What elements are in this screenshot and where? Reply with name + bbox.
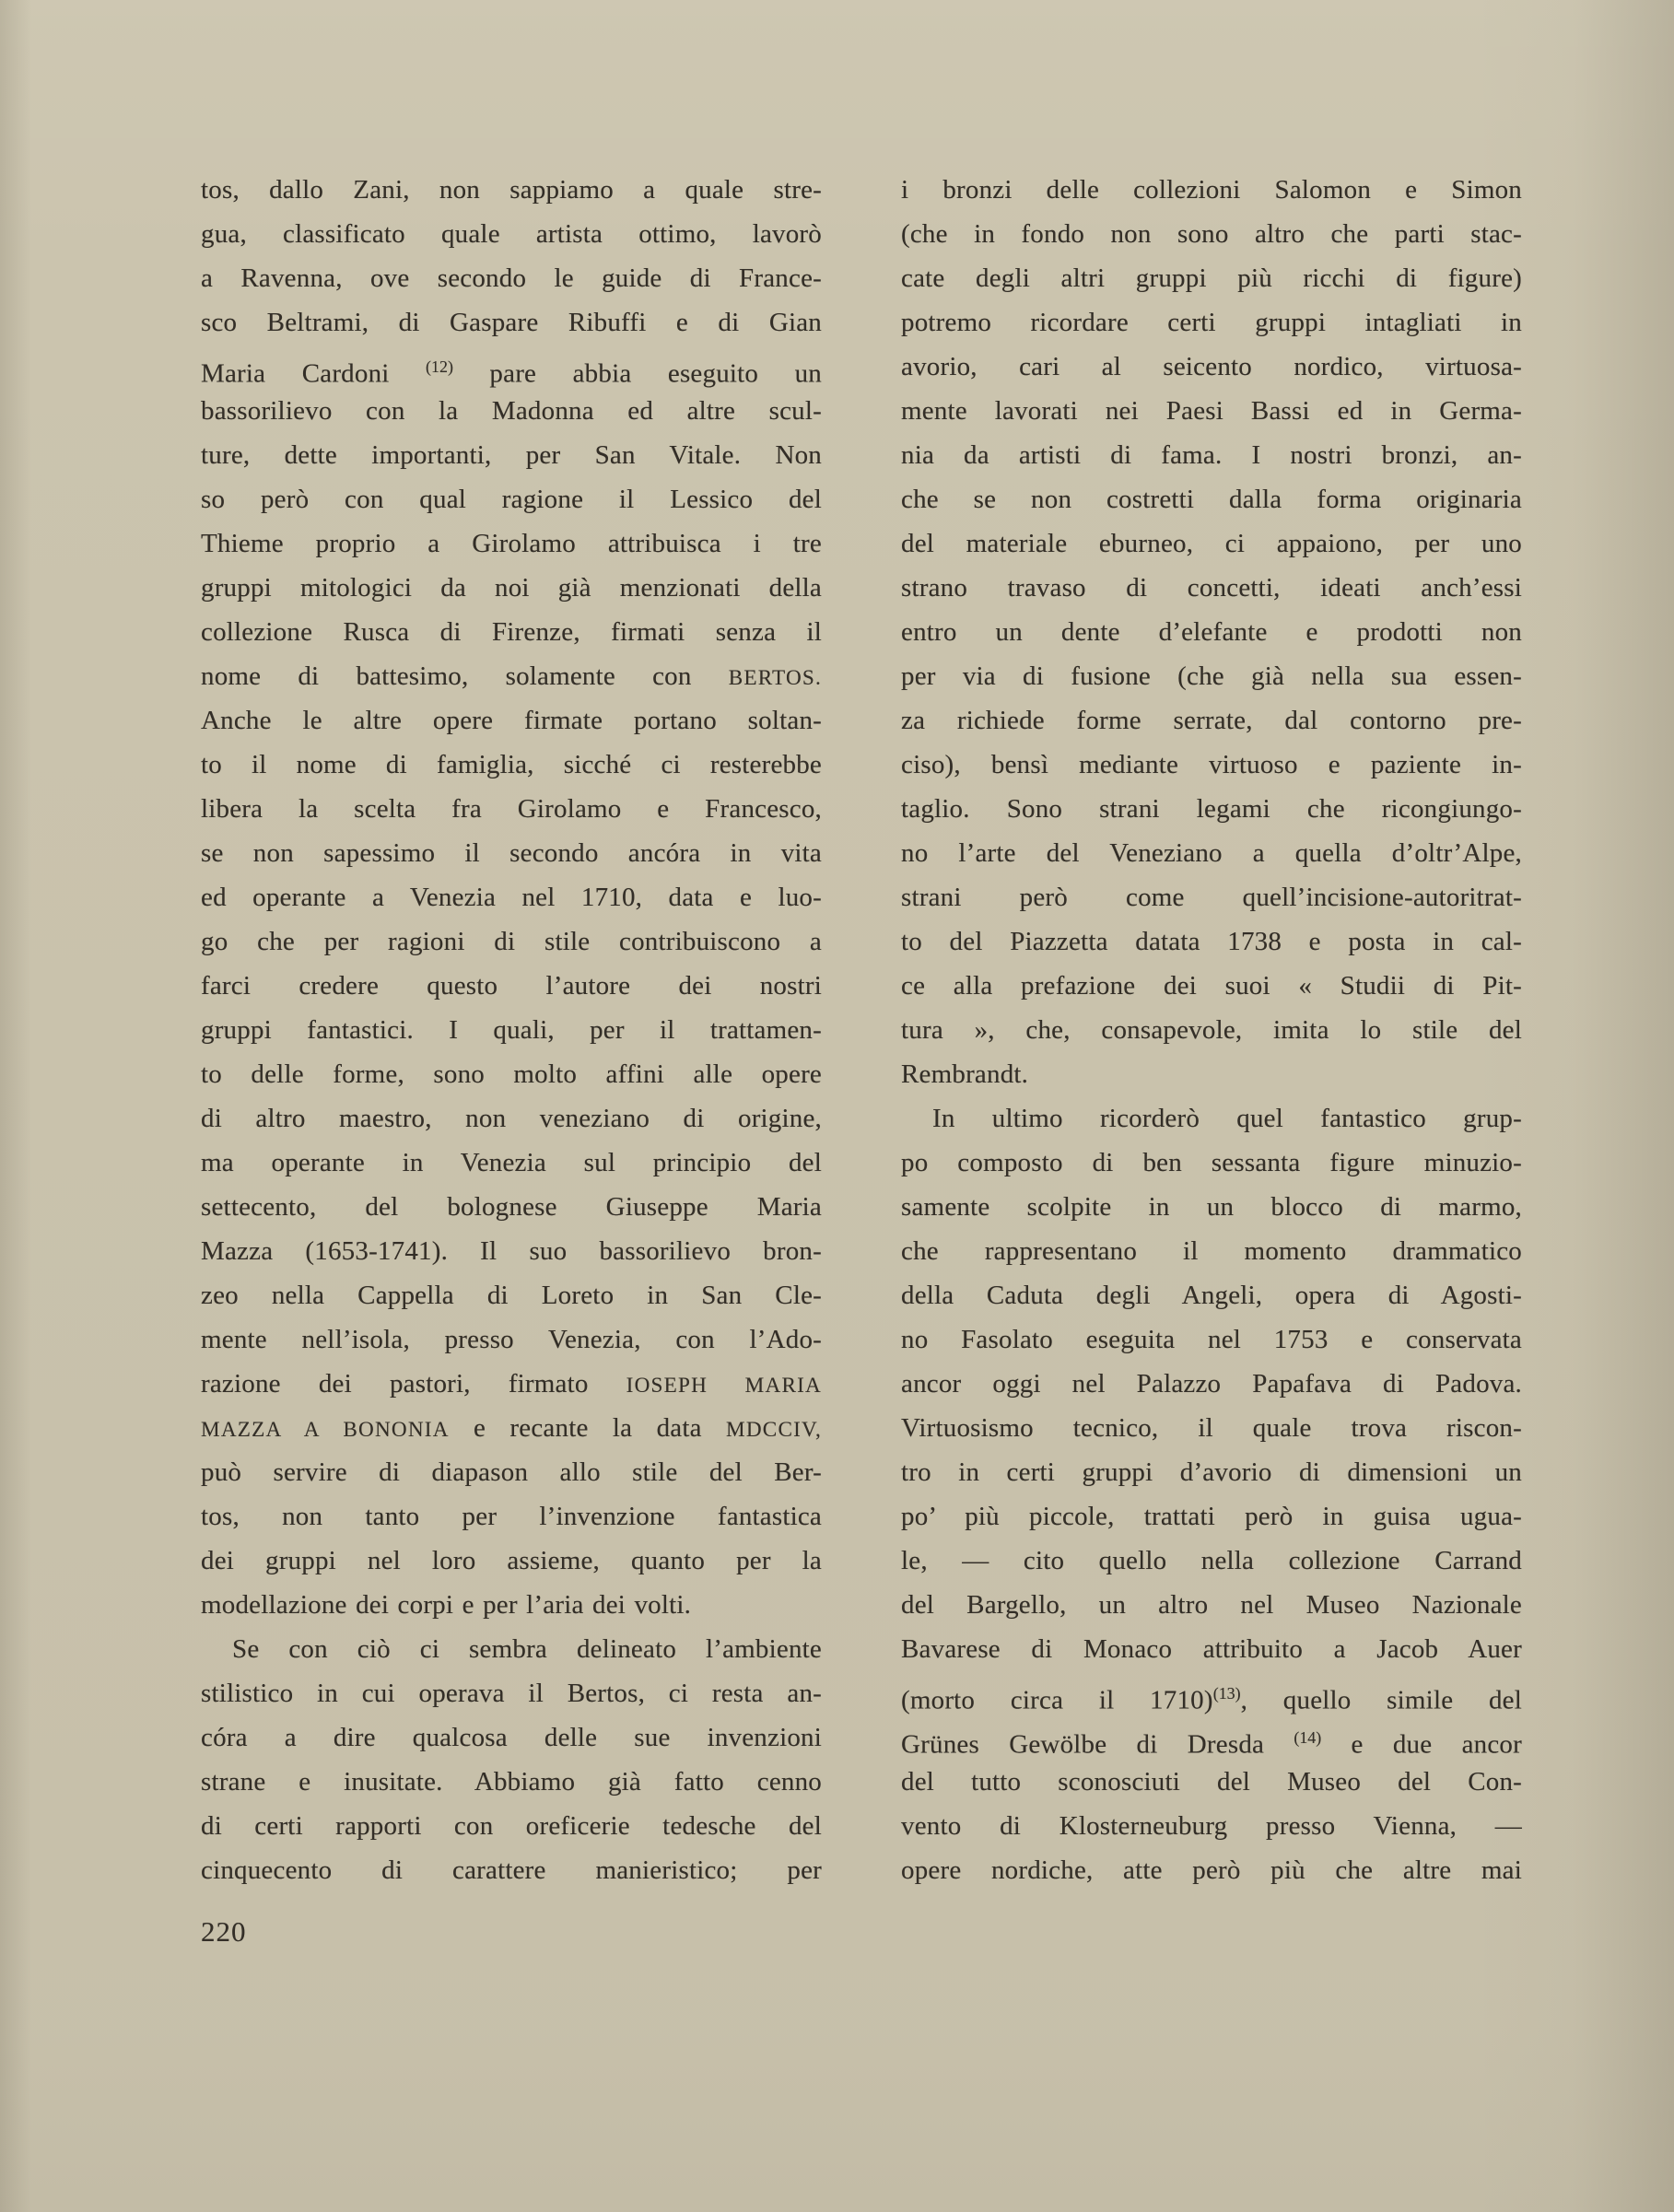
text-line: zeo nella Cappella di Loreto in San Cle- [201, 1273, 822, 1317]
text-line: (morto circa il 1710)(13), quello simile… [901, 1671, 1522, 1715]
text-line: Maria Cardoni (12) pare abbia eseguito u… [201, 345, 822, 389]
text-segment: mente lavorati nei Paesi Bassi ed in Ger… [901, 396, 1522, 426]
text-segment: to il nome di famiglia, sicché ci rester… [201, 750, 822, 779]
text-line: Grünes Gewölbe di Dresda (14) e due anco… [901, 1715, 1522, 1760]
text-segment: a Ravenna, ove secondo le guide di Franc… [201, 263, 822, 293]
text-segment: Maria Cardoni [201, 359, 426, 389]
text-line: córa a dire qualcosa delle sue invenzion… [201, 1715, 822, 1760]
text-segment: BERTOS. [729, 666, 822, 690]
text-segment: nome di battesimo, solamente con [201, 661, 729, 691]
text-line: po’ più piccole, trattati però in guisa … [901, 1494, 1522, 1539]
text-line: libera la scelta fra Girolamo e Francesc… [201, 787, 822, 831]
text-line: gruppi fantastici. I quali, per il tratt… [201, 1008, 822, 1052]
text-line: tos, non tanto per l’invenzione fantasti… [201, 1494, 822, 1539]
text-line: modellazione dei corpi e per l’aria dei … [201, 1583, 822, 1627]
text-segment: ture, dette importanti, per San Vitale. … [201, 440, 822, 470]
text-line: za richiede forme serrate, dal contorno … [901, 698, 1522, 743]
text-segment: del materiale eburneo, ci appaiono, per … [901, 529, 1522, 558]
text-line: mente nell’isola, presso Venezia, con l’… [201, 1317, 822, 1362]
text-segment: opere nordiche, atte però più che altre … [901, 1855, 1522, 1885]
text-segment: di certi rapporti con oreficerie tedesch… [201, 1811, 822, 1841]
text-segment: tos, dallo Zani, non sappiamo a quale st… [201, 175, 822, 205]
text-segment: di altro maestro, non veneziano di origi… [201, 1104, 822, 1133]
text-line: mente lavorati nei Paesi Bassi ed in Ger… [901, 389, 1522, 433]
text-segment: strani però come quell’incisione-autorit… [901, 883, 1522, 912]
text-line: che se non costretti dalla forma origina… [901, 477, 1522, 521]
text-segment: ciso), bensì mediante virtuoso e pazient… [901, 750, 1522, 779]
text-segment: zeo nella Cappella di Loreto in San Cle- [201, 1281, 822, 1310]
text-line: le, — cito quello nella collezione Carra… [901, 1539, 1522, 1583]
text-segment: del tutto sconosciuti del Museo del Con- [901, 1767, 1522, 1797]
text-segment: (morto circa il 1710) [901, 1686, 1213, 1715]
text-segment: mente nell’isola, presso Venezia, con l’… [201, 1325, 822, 1354]
text-line: cate degli altri gruppi più ricchi di fi… [901, 256, 1522, 300]
text-segment: tura », che, consapevole, imita lo stile… [901, 1015, 1522, 1045]
text-line: può servire di diapason allo stile del B… [201, 1450, 822, 1494]
text-segment: ancor oggi nel Palazzo Papafava di Padov… [901, 1369, 1522, 1399]
text-line: gua, classificato quale artista ottimo, … [201, 212, 822, 256]
text-segment: córa a dire qualcosa delle sue invenzion… [201, 1723, 822, 1752]
text-line: ciso), bensì mediante virtuoso e pazient… [901, 743, 1522, 787]
text-line: opere nordiche, atte però più che altre … [901, 1848, 1522, 1892]
text-segment: settecento, del bolognese Giuseppe Maria [201, 1192, 822, 1222]
text-line: to il nome di famiglia, sicché ci rester… [201, 743, 822, 787]
text-line: Mazza (1653-1741). Il suo bassorilievo b… [201, 1229, 822, 1273]
text-segment: Rembrandt. [901, 1059, 1028, 1089]
text-line: collezione Rusca di Firenze, firmati sen… [201, 610, 822, 654]
text-segment: può servire di diapason allo stile del B… [201, 1457, 822, 1487]
text-segment: ce alla prefazione dei suoi « Studii di … [901, 971, 1522, 1001]
text-line: strane e inusitate. Abbiamo già fatto ce… [201, 1760, 822, 1804]
text-segment: no l’arte del Veneziano a quella d’oltr’… [901, 838, 1522, 868]
text-line: settecento, del bolognese Giuseppe Maria [201, 1185, 822, 1229]
text-segment: cinquecento di carattere manieristico; p… [201, 1855, 822, 1885]
text-segment: i bronzi delle collezioni Salomon e Simo… [901, 175, 1522, 205]
text-line: Rembrandt. [901, 1052, 1522, 1096]
text-line: bassorilievo con la Madonna ed altre scu… [201, 389, 822, 433]
text-line: i bronzi delle collezioni Salomon e Simo… [901, 168, 1522, 212]
text-segment: samente scolpite in un blocco di marmo, [901, 1192, 1522, 1222]
text-line: In ultimo ricorderò quel fantastico grup… [901, 1096, 1522, 1141]
text-segment: se non sapessimo il secondo ancóra in vi… [201, 838, 822, 868]
text-line: avorio, cari al seicento nordico, virtuo… [901, 345, 1522, 389]
text-segment: entro un dente d’elefante e prodotti non [901, 617, 1522, 647]
text-line: potremo ricordare certi gruppi intagliat… [901, 300, 1522, 345]
text-segment: cate degli altri gruppi più ricchi di fi… [901, 263, 1522, 293]
text-line: entro un dente d’elefante e prodotti non [901, 610, 1522, 654]
text-line: (che in fondo non sono altro che parti s… [901, 212, 1522, 256]
text-segment: vento di Klosterneuburg presso Vienna, — [901, 1811, 1522, 1841]
text-column-left: tos, dallo Zani, non sappiamo a quale st… [201, 168, 822, 1892]
text-segment: razione dei pastori, firmato [201, 1369, 626, 1399]
footnote-marker: (13) [1213, 1684, 1241, 1703]
text-line: to delle forme, sono molto affini alle o… [201, 1052, 822, 1096]
text-segment: IOSEPH MARIA [626, 1374, 822, 1398]
text-line: del tutto sconosciuti del Museo del Con- [901, 1760, 1522, 1804]
text-line: tro in certi gruppi d’avorio di dimensio… [901, 1450, 1522, 1494]
text-segment: Thieme proprio a Girolamo attribuisca i … [201, 529, 822, 558]
text-line: nia da artisti di fama. I nostri bronzi,… [901, 433, 1522, 477]
text-line: stilistico in cui operava il Bertos, ci … [201, 1671, 822, 1715]
text-line: no Fasolato eseguita nel 1753 e conserva… [901, 1317, 1522, 1362]
text-segment: Anche le altre opere firmate portano sol… [201, 706, 822, 735]
text-segment: per via di fusione (che già nella sua es… [901, 661, 1522, 691]
text-segment: strano travaso di concetti, ideati anch’… [901, 573, 1522, 603]
text-segment: tos, non tanto per l’invenzione fantasti… [201, 1502, 822, 1531]
text-line: dei gruppi nel loro assieme, quanto per … [201, 1539, 822, 1583]
text-segment: potremo ricordare certi gruppi intagliat… [901, 308, 1522, 337]
text-segment: che se non costretti dalla forma origina… [901, 485, 1522, 514]
text-line: samente scolpite in un blocco di marmo, [901, 1185, 1522, 1229]
text-line: taglio. Sono strani legami che ricongiun… [901, 787, 1522, 831]
text-line: della Caduta degli Angeli, opera di Agos… [901, 1273, 1522, 1317]
text-segment: della Caduta degli Angeli, opera di Agos… [901, 1281, 1522, 1310]
text-segment: stilistico in cui operava il Bertos, ci … [201, 1679, 822, 1708]
book-page: tos, dallo Zani, non sappiamo a quale st… [0, 0, 1674, 2212]
text-line: sco Beltrami, di Gaspare Ribuffi e di Gi… [201, 300, 822, 345]
text-segment: modellazione dei corpi e per l’aria dei … [201, 1590, 691, 1620]
text-segment: e recante la data [450, 1413, 726, 1443]
text-segment: sco Beltrami, di Gaspare Ribuffi e di Gi… [201, 308, 822, 337]
text-segment: no Fasolato eseguita nel 1753 e conserva… [901, 1325, 1522, 1354]
text-segment: collezione Rusca di Firenze, firmati sen… [201, 617, 822, 647]
text-segment: taglio. Sono strani legami che ricongiun… [901, 794, 1522, 824]
text-line: ce alla prefazione dei suoi « Studii di … [901, 964, 1522, 1008]
text-segment: le, — cito quello nella collezione Carra… [901, 1546, 1522, 1575]
text-line: del materiale eburneo, ci appaiono, per … [901, 521, 1522, 566]
text-segment: farci credere questo l’autore dei nostri [201, 971, 822, 1001]
text-segment: Grünes Gewölbe di Dresda [901, 1730, 1294, 1760]
text-line: se non sapessimo il secondo ancóra in vi… [201, 831, 822, 875]
text-segment: Bavarese di Monaco attribuito a Jacob Au… [901, 1634, 1522, 1664]
text-segment: so però con qual ragione il Lessico del [201, 485, 822, 514]
text-segment: Se con ciò ci sembra delineato l’ambient… [232, 1634, 822, 1664]
text-line: MAZZA A BONONIA e recante la data MDCCIV… [201, 1406, 822, 1450]
text-segment: bassorilievo con la Madonna ed altre scu… [201, 396, 822, 426]
text-segment: che rappresentano il momento drammatico [901, 1236, 1522, 1266]
page-number: 220 [201, 1916, 247, 1948]
text-segment: (che in fondo non sono altro che parti s… [901, 219, 1522, 249]
text-segment: Mazza (1653-1741). Il suo bassorilievo b… [201, 1236, 822, 1266]
text-line: go che per ragioni di stile contribuisco… [201, 919, 822, 964]
text-line: di certi rapporti con oreficerie tedesch… [201, 1804, 822, 1848]
text-line: tura », che, consapevole, imita lo stile… [901, 1008, 1522, 1052]
text-line: del Bargello, un altro nel Museo Naziona… [901, 1583, 1522, 1627]
text-line: Anche le altre opere firmate portano sol… [201, 698, 822, 743]
text-segment: gruppi fantastici. I quali, per il tratt… [201, 1015, 822, 1045]
text-line: Thieme proprio a Girolamo attribuisca i … [201, 521, 822, 566]
text-line: ancor oggi nel Palazzo Papafava di Padov… [901, 1362, 1522, 1406]
text-line: so però con qual ragione il Lessico del [201, 477, 822, 521]
text-line: che rappresentano il momento drammatico [901, 1229, 1522, 1273]
text-line: razione dei pastori, firmato IOSEPH MARI… [201, 1362, 822, 1406]
text-line: gruppi mitologici da noi già menzionati … [201, 566, 822, 610]
text-segment: del Bargello, un altro nel Museo Naziona… [901, 1590, 1522, 1620]
text-line: Se con ciò ci sembra delineato l’ambient… [201, 1627, 822, 1671]
text-line: to del Piazzetta datata 1738 e posta in … [901, 919, 1522, 964]
text-line: po composto di ben sessanta figure minuz… [901, 1141, 1522, 1185]
text-line: nome di battesimo, solamente con BERTOS. [201, 654, 822, 698]
text-line: ture, dette importanti, per San Vitale. … [201, 433, 822, 477]
text-line: no l’arte del Veneziano a quella d’oltr’… [901, 831, 1522, 875]
text-line: cinquecento di carattere manieristico; p… [201, 1848, 822, 1892]
text-line: per via di fusione (che già nella sua es… [901, 654, 1522, 698]
text-segment: tro in certi gruppi d’avorio di dimensio… [901, 1457, 1522, 1487]
text-line: strano travaso di concetti, ideati anch’… [901, 566, 1522, 610]
text-line: vento di Klosterneuburg presso Vienna, — [901, 1804, 1522, 1848]
text-segment: MDCCIV, [726, 1418, 822, 1442]
text-segment: gruppi mitologici da noi già menzionati … [201, 573, 822, 603]
text-segment: Virtuosismo tecnico, il quale trova risc… [901, 1413, 1522, 1443]
text-segment: to del Piazzetta datata 1738 e posta in … [901, 927, 1522, 956]
text-segment: ma operante in Venezia sul principio del [201, 1148, 822, 1177]
text-segment: pare abbia eseguito un [453, 359, 822, 389]
text-segment: po composto di ben sessanta figure minuz… [901, 1148, 1522, 1177]
text-segment: go che per ragioni di stile contribuisco… [201, 927, 822, 956]
text-segment: libera la scelta fra Girolamo e Francesc… [201, 794, 822, 824]
text-line: di altro maestro, non veneziano di origi… [201, 1096, 822, 1141]
text-segment: za richiede forme serrate, dal contorno … [901, 706, 1522, 735]
text-column-right: i bronzi delle collezioni Salomon e Simo… [901, 168, 1522, 1892]
text-segment: dei gruppi nel loro assieme, quanto per … [201, 1546, 822, 1575]
text-segment: e due ancor [1321, 1730, 1522, 1760]
text-segment: to delle forme, sono molto affini alle o… [201, 1059, 822, 1089]
footnote-marker: (12) [426, 357, 453, 376]
text-segment: ed operante a Venezia nel 1710, data e l… [201, 883, 822, 912]
text-line: ma operante in Venezia sul principio del [201, 1141, 822, 1185]
text-line: Virtuosismo tecnico, il quale trova risc… [901, 1406, 1522, 1450]
text-segment: po’ più piccole, trattati però in guisa … [901, 1502, 1522, 1531]
text-line: Bavarese di Monaco attribuito a Jacob Au… [901, 1627, 1522, 1671]
text-segment: nia da artisti di fama. I nostri bronzi,… [901, 440, 1522, 470]
text-segment: , quello simile del [1241, 1686, 1522, 1715]
text-segment: gua, classificato quale artista ottimo, … [201, 219, 822, 249]
text-line: a Ravenna, ove secondo le guide di Franc… [201, 256, 822, 300]
text-segment: avorio, cari al seicento nordico, virtuo… [901, 352, 1522, 381]
footnote-marker: (14) [1294, 1728, 1321, 1747]
text-line: tos, dallo Zani, non sappiamo a quale st… [201, 168, 822, 212]
text-line: strani però come quell’incisione-autorit… [901, 875, 1522, 919]
text-segment: strane e inusitate. Abbiamo già fatto ce… [201, 1767, 822, 1797]
text-segment: MAZZA A BONONIA [201, 1418, 450, 1442]
text-line: farci credere questo l’autore dei nostri [201, 964, 822, 1008]
text-segment: In ultimo ricorderò quel fantastico grup… [932, 1104, 1522, 1133]
text-line: ed operante a Venezia nel 1710, data e l… [201, 875, 822, 919]
